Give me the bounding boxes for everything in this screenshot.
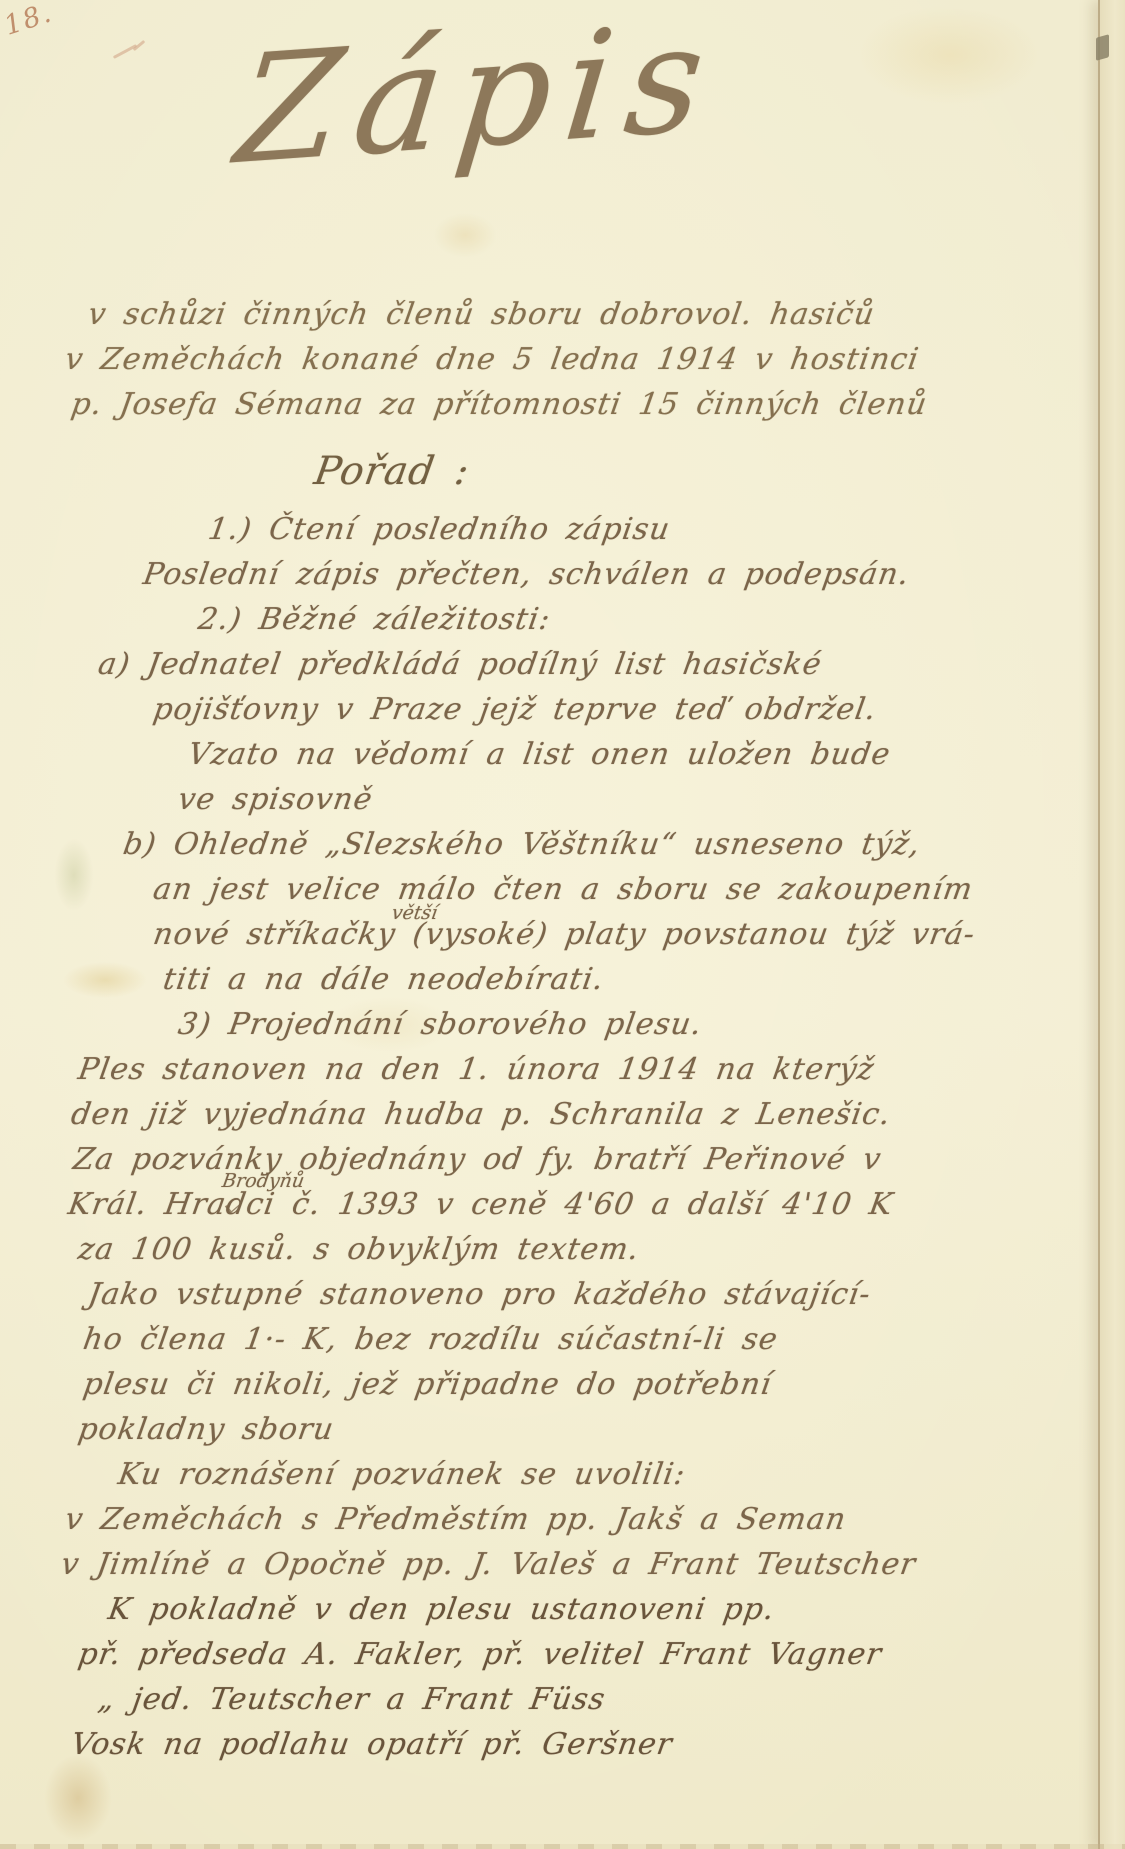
interlinear-word: větší [390,904,438,923]
body-line: Ku roznášení pozvánek se uvolili: [115,1452,1107,1497]
pencil-tick-icon [133,40,146,51]
body-line: Brodyňů Král. Hradci č. 1393 v ceně 4'60… [65,1182,1107,1227]
body-line: Vosk na podlahu opatří př. Geršner [68,1722,1107,1767]
body-line: př. předseda A. Fakler, př. velitel Fran… [75,1632,1107,1677]
body-line: ve spisovně [175,777,1107,822]
intro-line: v Zeměchách konané dne 5 ledna 1914 v ho… [62,337,1107,382]
edge-mark-icon [1096,34,1109,61]
body-line: a) Jednatel předkládá podílný list hasič… [95,642,1107,687]
body-line: 3) Projednání sborového plesu. [175,1002,1107,1047]
body-line: „ jed. Teutscher a Frant Füss [95,1677,1107,1722]
manuscript-page: 18. Zápis v schůzi činných členů sboru d… [0,0,1125,1849]
document-title: Zápis [229,0,725,198]
body-line: Ples stanoven na den 1. února 1914 na kt… [75,1047,1107,1092]
page-number-mark: 18. [0,0,56,42]
agenda-heading: Pořad : [310,443,1109,501]
scan-bottom-edge [0,1844,1125,1849]
document-body: v schůzi činných členů sboru dobrovol. h… [0,292,1100,1767]
body-line: 1.) Čtení posledního zápisu [205,507,1107,552]
pencil-tick-icon [113,44,137,59]
line-text: Král. Hradci č. 1393 v ceně 4'60 a další… [66,1187,896,1222]
body-line: b) Ohledně „Slezského Věštníku“ usneseno… [120,822,1107,867]
body-line: K pokladně v den plesu ustanoveni pp. [105,1587,1107,1632]
body-line: větší nové stříkačky (vysoké) platy povs… [150,912,1107,957]
body-line: pokladny sboru [75,1407,1107,1452]
page-fold-edge [1098,0,1125,1849]
line-text: nové stříkačky (vysoké) platy povstanou … [151,917,978,952]
body-line: Poslední zápis přečten, schválen a podep… [140,552,1107,597]
body-line: v Jimlíně a Opočně pp. J. Valeš a Frant … [58,1542,1107,1587]
body-line: 2.) Běžné záležitosti: [195,597,1107,642]
interlinear-word: Brodyňů [221,1172,306,1191]
intro-line: p. Josefa Sémana za přítomnosti 15 činný… [68,382,1107,427]
intro-line: v schůzi činných členů sboru dobrovol. h… [85,292,1107,337]
body-line: plesu či nikoli, jež připadne do potřebn… [80,1362,1107,1407]
body-line: an jest velice málo čten a sboru se zako… [150,867,1107,912]
body-line: v Zeměchách s Předměstím pp. Jakš a Sema… [62,1497,1107,1542]
body-line: Vzato na vědomí a list onen uložen bude [185,732,1107,777]
body-line: pojišťovny v Praze jejž teprve teď obdrž… [150,687,1107,732]
body-line: za 100 kusů. s obvyklým textem. [75,1227,1107,1272]
body-line: den již vyjednána hudba p. Schranila z L… [68,1092,1107,1137]
body-line: Jako vstupné stanoveno pro každého stáva… [85,1272,1107,1317]
body-line: ho člena 1·- K, bez rozdílu súčastní-li … [80,1317,1107,1362]
body-line: titi a na dále neodebírati. [160,957,1107,1002]
